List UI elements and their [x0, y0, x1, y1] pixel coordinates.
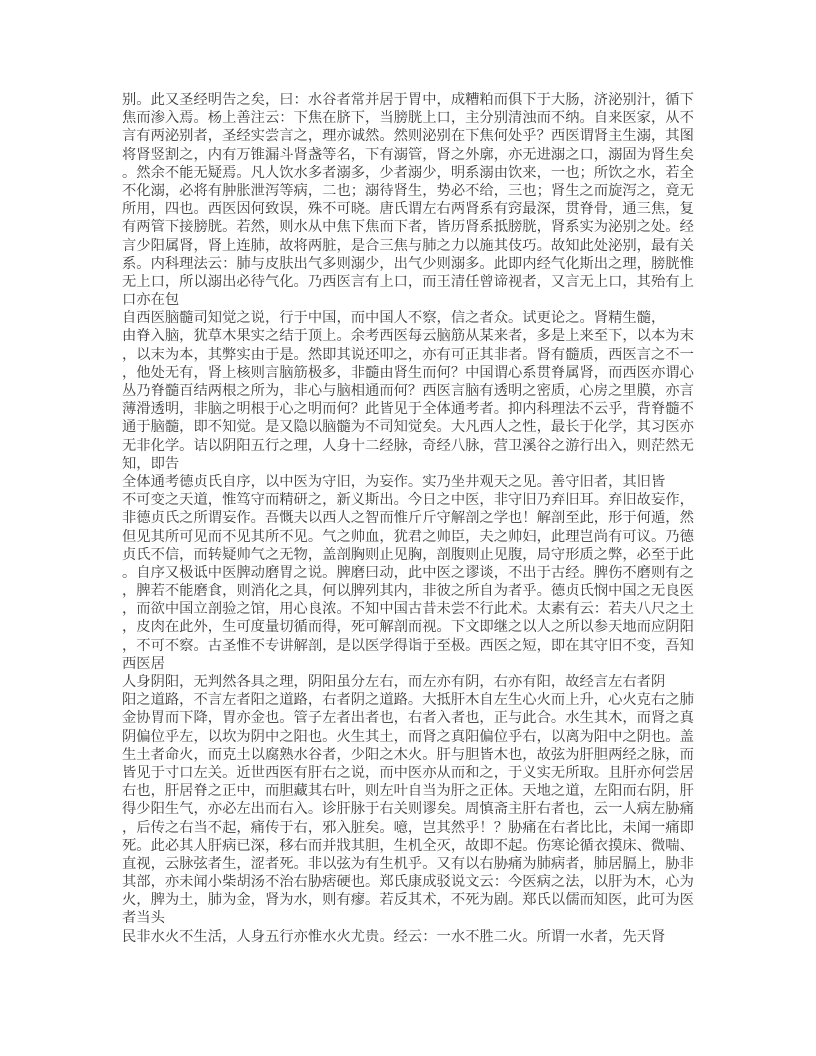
text-line: 但见其所可见而不见其所不见。气之帅血，犹君之帅臣，夫之帅妇，此理岂尚有可议。乃德: [122, 528, 700, 546]
text-line: 言少阳属肾，肾上连肺，故将两脏，是合三焦与肺之力以施其伎巧。故知此处泌别，最有关: [122, 237, 700, 255]
text-line: 由脊入脑，犹草木果实之结于顶上。余考西医每云脑筋从某来者，多是上来至下，以本为末: [122, 327, 700, 345]
text-line: 有两管下接膀胱。若然，则水从中焦下焦而下者，皆历肾系抵膀胱，肾系实为泌别之处。经: [122, 218, 700, 236]
text-line: 系。内科理法云：肺与皮肤出气多则溺少，出气少则溺多。此即内经气化斯出之理，膀胱惟: [122, 255, 700, 273]
text-line: 口亦在包: [122, 291, 700, 309]
text-line: 全体通考德贞氏自序，以中医为守旧，为妄作。实乃坐井观天之见。善守旧者，其旧皆: [122, 473, 700, 491]
text-line: 知，即告: [122, 455, 700, 473]
text-line: ，不可不察。古圣惟不专讲解剖，是以医学得诣于至极。西医之短，即在其守旧不变，吾知: [122, 637, 700, 655]
text-line: 不化溺，必将有肿胀泄泻等病，二也；溺待肾生，势必不给，三也；肾生之而旋泻之，竟无: [122, 182, 700, 200]
text-line: 焦而渗入焉。杨上善注云：下焦在脐下，当膀胱上口，主分别清浊而不纳。自来医家，从不: [122, 109, 700, 127]
text-line: 阴偏位乎左，以坎为阴中之阳也。火生其土，而肾之真阳偏位乎右，以离为阳中之阴也。盖: [122, 728, 700, 746]
paragraph-5: 民非水火不生活，人身五行亦惟水火尤贵。经云：一水不胜二火。所谓一水者，先天肾: [122, 928, 700, 946]
text-line: ，而欲中国立剖验之馆，用心良浓。不知中国古昔未尝不行此术。太素有云：若夫八尺之土: [122, 600, 700, 618]
text-line: 民非水火不生活，人身五行亦惟水火尤贵。经云：一水不胜二火。所谓一水者，先天肾: [122, 928, 700, 946]
text-line: 直视，云脉弦者生，涩者死。非以弦为有生机乎。又有以右胁痛为肺病者，肺居膈上，胁非: [122, 855, 700, 873]
text-line: 人身阴阳，无判然各具之理，阴阳虽分左右，而左亦有阴，右亦有阳，故经言左右者阴: [122, 673, 700, 691]
text-line: 通于脑髓，即不知觉。是又隐以脑髓为不司知觉矣。大凡西人之性，最长于化学，其习医亦: [122, 418, 700, 436]
text-line: ，以末为本，其弊实由于是。然即其说还叩之，亦有可正其非者。肾有髓质，西医言之不一: [122, 346, 700, 364]
text-line: 别。此又圣经明告之矣，曰：水谷者常并居于胃中，成糟粕而俱下于大肠，济泌别汁，循下: [122, 91, 700, 109]
text-line: 将肾竖割之，内有万锥漏斗肾盏等名，下有溺管，肾之外廓，亦无进溺之口，溺固为肾生矣: [122, 146, 700, 164]
text-line: ，皮肉在此外，生可度量切循而得，死可解剖而视。下文即继之以人之所以参天地而应阴阳: [122, 618, 700, 636]
text-line: 自西医脑髓司知觉之说，行于中国，而中国人不察，信之者众。试更论之。肾精生髓，: [122, 309, 700, 327]
text-line: 无非化学。诘以阴阳五行之理，人身十二经脉，奇经八脉，营卫溪谷之游行出入，则茫然无: [122, 437, 700, 455]
text-line: ，脾若不能磨食，则消化之具，何以脾列其内，非彼之所自为者乎。德贞氏悯中国之无良医: [122, 582, 700, 600]
paragraph-3: 全体通考德贞氏自序，以中医为守旧，为妄作。实乃坐井观天之见。善守旧者，其旧皆 不…: [122, 473, 700, 673]
document-page: 别。此又圣经明告之矣，曰：水谷者常并居于胃中，成糟粕而俱下于大肠，济泌别汁，循下…: [0, 0, 816, 1056]
text-line: 。自序又极诋中医脾动磨胃之说。脾磨曰动，此中医之谬谈，不出于古经。脾伤不磨则有之: [122, 564, 700, 582]
text-line: 不可变之天道，惟笃守而精研之，新义斯出。今日之中医，非守旧乃弃旧耳。弃旧故妄作，: [122, 491, 700, 509]
text-line: 金协胃而下降，胃亦金也。管子左者出者也，右者入者也，正与此合。水生其木，而肾之真: [122, 709, 700, 727]
text-line: 其部，亦未闻小柴胡汤不治右胁痞硬也。郑氏康成驳说文云：今医病之法，以肝为木，心为: [122, 873, 700, 891]
text-line: 者当头: [122, 909, 700, 927]
text-line: 生土者命火，而克土以腐熟水谷者，少阳之木火。肝与胆皆木也，故弦为肝胆两经之脉，而: [122, 746, 700, 764]
paragraph-1: 别。此又圣经明告之矣，曰：水谷者常并居于胃中，成糟粕而俱下于大肠，济泌别汁，循下…: [122, 91, 700, 309]
paragraph-4: 人身阴阳，无判然各具之理，阴阳虽分左右，而左亦有阴，右亦有阳，故经言左右者阴 阳…: [122, 673, 700, 928]
paragraph-2: 自西医脑髓司知觉之说，行于中国，而中国人不察，信之者众。试更论之。肾精生髓， 由…: [122, 309, 700, 473]
text-line: 丛乃脊髓百结两根之所为，非心与脑相通而何？西医言脑有透明之密质，心房之里膜，亦言: [122, 382, 700, 400]
text-line: ，他处无有，肾上核则言脑筋极多，非髓由肾生而何？中国谓心系贯脊属肾，而西医亦谓心: [122, 364, 700, 382]
text-line: 贞氏不信，而转疑帅气之无物，盖剖胸则止见胸，剖腹则止见腹，局守形质之弊，必至于此: [122, 546, 700, 564]
text-line: 西医居: [122, 655, 700, 673]
text-line: 。然余不能无疑焉。凡人饮水多者溺多，少者溺少，明系溺由饮来，一也；所饮之水，若全: [122, 164, 700, 182]
text-line: 得少阳生气，亦必左出而右入。诊肝脉于右关则谬矣。周慎斋主肝右者也，云一人病左胁痛: [122, 800, 700, 818]
text-line: ，后传之右当不起，痛传于右，邪入脏矣。噫，岂其然乎！？胁痛在右者比比，未闻一痛即: [122, 819, 700, 837]
text-line: 火，脾为土，肺为金，肾为水，则有瘳。若反其术，不死为剧。郑氏以儒而知医，此可为医: [122, 891, 700, 909]
document-text: 别。此又圣经明告之矣，曰：水谷者常并居于胃中，成糟粕而俱下于大肠，济泌别汁，循下…: [122, 91, 700, 946]
text-line: 薄滑透明，非脑之明根于心之明而何？此皆见于全体通考者。抑内科理法不云乎，背脊髓不: [122, 400, 700, 418]
text-line: 无上口，所以溺出必待气化。乃西医言有上口，而王清任曾谛视者，又言无上口，其殆有上: [122, 273, 700, 291]
text-line: 非德贞氏之所谓妄作。吾慨夫以西人之智而惟斤斤守解剖之学也！解剖至此，形于何遁，然: [122, 509, 700, 527]
text-line: 皆见于寸口左关。近世西医有肝右之说，而中医亦从而和之，于义实无所取。且肝亦何尝居: [122, 764, 700, 782]
text-line: 阳之道路，不言左者阳之道路，右者阴之道路。大抵肝木自左生心火而上升，心火克右之肺: [122, 691, 700, 709]
text-line: 死。此必其人肝病已深，移右而并戕其胆，生机全灭，故即不起。伤寒论循衣摸床、微喘、: [122, 837, 700, 855]
text-line: 所用，四也。西医因何致误，殊不可晓。唐氏谓左右两肾系有窍最深，贯脊骨，通三焦，复: [122, 200, 700, 218]
text-line: 言有两泌别者，圣经实尝言之，理亦诚然。然则泌别在下焦何处乎？西医谓肾主生溺，其图: [122, 127, 700, 145]
text-line: 右也，肝居脊之正中，而胆藏其右叶，则左叶自当为肝之正体。天地之道，左阳而右阴，肝: [122, 782, 700, 800]
